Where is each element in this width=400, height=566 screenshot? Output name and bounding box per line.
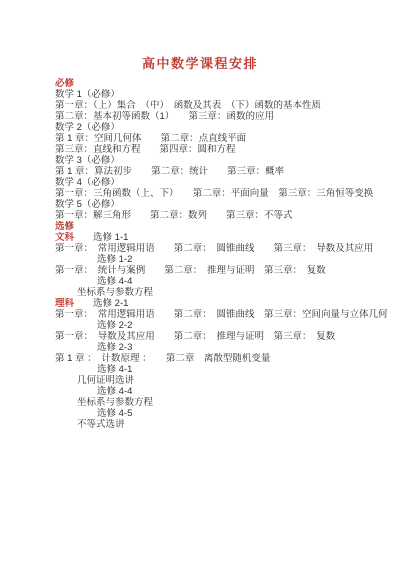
line-text: 第 1 章：空间几何体 第二章：点直线平面: [55, 133, 246, 144]
line-text: 数学 5（必修）: [55, 199, 120, 210]
doc-line: 第 1 章：空间几何体 第二章：点直线平面: [55, 133, 390, 144]
line-text: 第 1 章 ： 计数原理 ： 第二章 离散型随机变量: [55, 353, 270, 364]
doc-line: 第三章：直线和方程 第四章：圆和方程: [55, 144, 390, 155]
line-text: 选修 2-1: [74, 298, 128, 309]
doc-line: 选修 2-2: [55, 320, 390, 331]
line-text: 选修 4-4: [97, 276, 132, 287]
line-text: 第 1 章：算法初步 第二章：统计 第三章：概率: [55, 166, 284, 177]
doc-line: 第一章： 统计与案例 第二章： 推理与证明 第三章： 复数: [55, 265, 390, 276]
line-text: 几何证明选讲: [77, 375, 134, 386]
doc-line: 第一章：三角函数（上、下） 第二章：平面向量 第三章：三角恒等变换: [55, 188, 390, 199]
line-text: 坐标系与参数方程: [77, 287, 153, 298]
doc-line: 第一章：解三角形 第二章：数列 第三章：不等式: [55, 210, 390, 221]
doc-line: 必修: [55, 78, 390, 89]
doc-line: 不等式选讲: [55, 419, 390, 430]
doc-line: 数学 3（必修）: [55, 155, 390, 166]
doc-line: 数学 2（必修）: [55, 122, 390, 133]
line-text: 选修 4-1: [97, 364, 132, 375]
doc-line: 坐标系与参数方程: [55, 287, 390, 298]
line-text: 第一章：三角函数（上、下） 第二章：平面向量 第三章：三角恒等变换: [55, 188, 373, 199]
doc-line: 选修 4-1: [55, 364, 390, 375]
doc-line: 第 1 章：算法初步 第二章：统计 第三章：概率: [55, 166, 390, 177]
section-label: 必修: [55, 78, 74, 89]
doc-line: 选修 4-4: [55, 276, 390, 287]
section-label: 理科: [55, 298, 74, 309]
line-text: 数学 4（必修）: [55, 177, 120, 188]
document-page: 高中数学课程安排 必修数学 1（必修）第一章：（上）集合 （中） 函数及其表 （…: [0, 0, 400, 566]
line-text: 第一章：解三角形 第二章：数列 第三章：不等式: [55, 210, 293, 221]
doc-line: 坐标系与参数方程: [55, 397, 390, 408]
line-text: 坐标系与参数方程: [77, 397, 153, 408]
line-text: 选修 4-4: [97, 386, 132, 397]
line-text: 选修 2-2: [97, 320, 132, 331]
doc-line: 数学 4（必修）: [55, 177, 390, 188]
line-text: 第一章： 常用逻辑用语 第二章： 圆锥曲线 第三章：空间向量与立体几何: [55, 309, 388, 320]
line-text: 不等式选讲: [77, 419, 125, 430]
doc-line: 第二章：基本初等函数（1） 第三章：函数的应用: [55, 111, 390, 122]
line-text: 数学 2（必修）: [55, 122, 120, 133]
section-label: 文科: [55, 232, 74, 243]
doc-line: 第一章： 常用逻辑用语 第二章： 圆锥曲线 第三章：空间向量与立体几何: [55, 309, 390, 320]
line-text: 第一章：（上）集合 （中） 函数及其表 （下）函数的基本性质: [55, 100, 321, 111]
doc-line: 第一章： 导数及其应用 第二章： 推理与证明 第三章： 复数: [55, 331, 390, 342]
doc-line: 选修 1-2: [55, 254, 390, 265]
line-text: 第二章：基本初等函数（1） 第三章：函数的应用: [55, 111, 274, 122]
line-text: 第一章： 常用逻辑用语 第二章： 圆锥曲线 第三章： 导数及其应用: [55, 243, 373, 254]
doc-line: 数学 5（必修）: [55, 199, 390, 210]
doc-line: 第一章： 常用逻辑用语 第二章： 圆锥曲线 第三章： 导数及其应用: [55, 243, 390, 254]
doc-line: 文科 选修 1-1: [55, 232, 390, 243]
doc-line: 选修 4-4: [55, 386, 390, 397]
section-label: 选修: [55, 221, 74, 232]
doc-line: 第 1 章 ： 计数原理 ： 第二章 离散型随机变量: [55, 353, 390, 364]
doc-line: 选修 4-5: [55, 408, 390, 419]
line-text: 选修 1-1: [74, 232, 128, 243]
line-text: 第一章： 导数及其应用 第二章： 推理与证明 第三章： 复数: [55, 331, 335, 342]
line-text: 选修 2-3: [97, 342, 132, 353]
doc-line: 数学 1（必修）: [55, 89, 390, 100]
doc-lines: 必修数学 1（必修）第一章：（上）集合 （中） 函数及其表 （下）函数的基本性质…: [55, 78, 390, 430]
line-text: 第一章： 统计与案例 第二章： 推理与证明 第三章： 复数: [55, 265, 326, 276]
page-title: 高中数学课程安排: [0, 53, 400, 72]
line-text: 选修 1-2: [97, 254, 132, 265]
line-text: 选修 4-5: [97, 408, 132, 419]
doc-line: 第一章：（上）集合 （中） 函数及其表 （下）函数的基本性质: [55, 100, 390, 111]
doc-line: 选修: [55, 221, 390, 232]
line-text: 数学 3（必修）: [55, 155, 120, 166]
doc-line: 选修 2-3: [55, 342, 390, 353]
line-text: 第三章：直线和方程 第四章：圆和方程: [55, 144, 236, 155]
doc-line: 几何证明选讲: [55, 375, 390, 386]
doc-line: 理科 选修 2-1: [55, 298, 390, 309]
line-text: 数学 1（必修）: [55, 89, 120, 100]
